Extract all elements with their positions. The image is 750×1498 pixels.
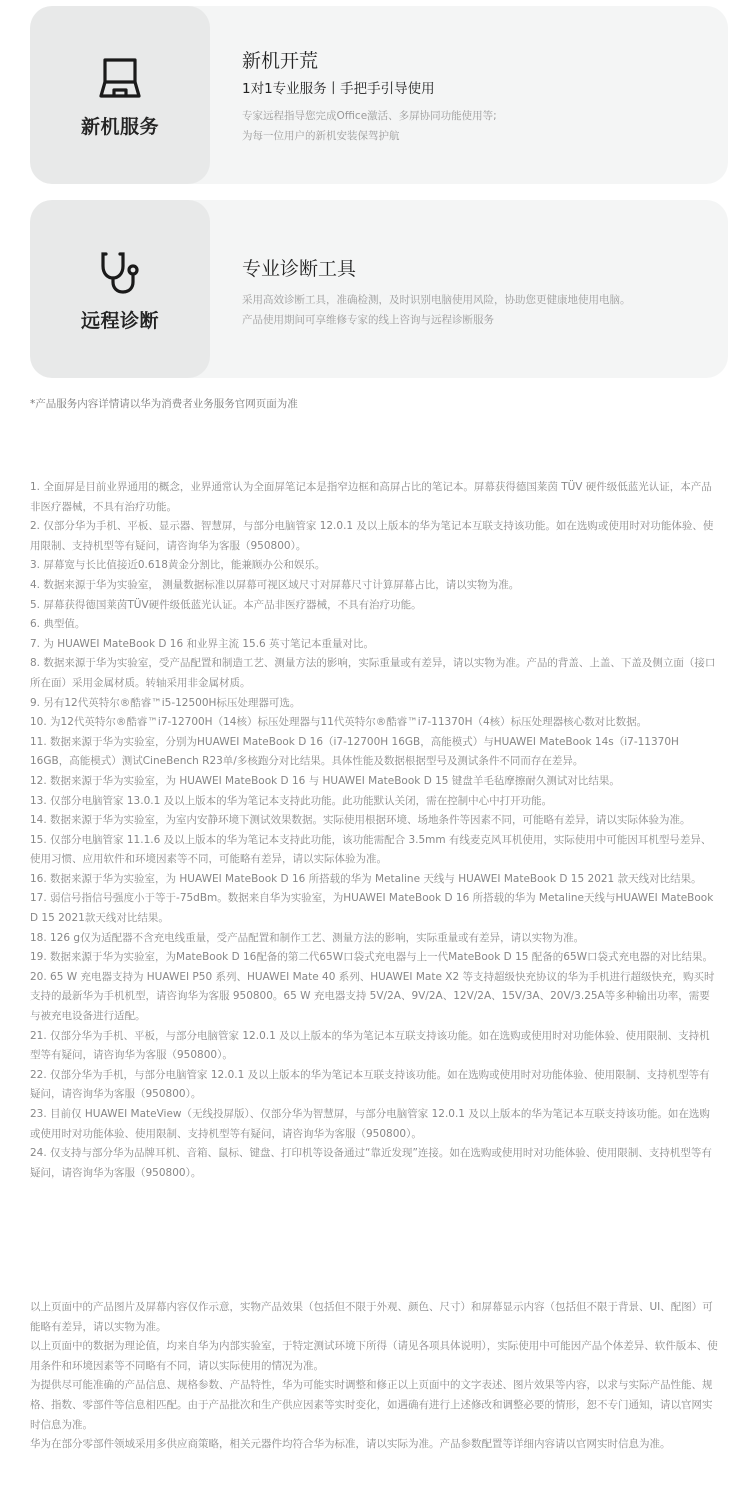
service-label: 远程诊断: [30, 306, 210, 333]
service-note: *产品服务内容详情请以华为消费者业务服务官网页面为准: [30, 396, 298, 411]
disclaimer: 华为在部分零部件领域采用多供应商策略，相关元器件均符合华为标准，请以实际为准。产…: [30, 1435, 720, 1455]
disclaimer: 为提供尽可能准确的产品信息、规格参数、产品特性，华为可能实时调整和修正以上页面中…: [30, 1376, 720, 1435]
footnote: 10. 为12代英特尔®酷睿™i7-12700H（14核）标压处理器与11代英特…: [30, 713, 720, 733]
footnote: 8. 数据来源于华为实验室，受产品配置和制造工艺、测量方法的影响，实际重量或有差…: [30, 654, 720, 693]
service-desc-line: 采用高效诊断工具，准确检测，及时识别电脑使用风险，协助您更健康地使用电脑。: [242, 290, 708, 310]
laptop-icon: [96, 54, 144, 102]
footnote: 13. 仅部分电脑管家 13.0.1 及以上版本的华为笔记本支持此功能。此功能默…: [30, 792, 720, 812]
stethoscope-icon: [96, 248, 144, 296]
footnote: 24. 仅支持与部分华为品牌耳机、音箱、鼠标、键盘、打印机等设备通过“靠近发现”…: [30, 1144, 720, 1183]
disclaimers: 以上页面中的产品图片及屏幕内容仅作示意，实物产品效果（包括但不限于外观、颜色、尺…: [30, 1298, 720, 1455]
service-title: 新机开荒: [242, 48, 708, 74]
footnote: 4. 数据来源于华为实验室， 测量数据标准以屏幕可视区域尺寸对屏幕尺寸计算屏幕占…: [30, 576, 720, 596]
footnote: 19. 数据来源于华为实验室，为MateBook D 16配备的第二代65W口袋…: [30, 948, 720, 968]
footnotes-list: 1. 全面屏是目前业界通用的概念，业界通常认为全面屏笔记本是指窄边框和高屏占比的…: [30, 478, 720, 1183]
service-desc-line: 专家远程指导您完成Office激活、多屏协同功能使用等;: [242, 106, 708, 126]
service-card-left-panel: 远程诊断: [30, 200, 210, 378]
service-content: 专业诊断工具 采用高效诊断工具，准确检测，及时识别电脑使用风险，协助您更健康地使…: [242, 256, 708, 330]
footnote: 3. 屏幕宽与长比值接近0.618黄金分割比，能兼顾办公和娱乐。: [30, 556, 720, 576]
footnote: 6. 典型值。: [30, 615, 720, 635]
service-title: 专业诊断工具: [242, 256, 708, 282]
footnote: 9. 另有12代英特尔®酷睿™i5-12500H标压处理器可选。: [30, 694, 720, 714]
footnote: 11. 数据来源于华为实验室，分别为HUAWEI MateBook D 16（i…: [30, 733, 720, 772]
footnote: 16. 数据来源于华为实验室，为 HUAWEI MateBook D 16 所搭…: [30, 870, 720, 890]
footnote: 18. 126 g仅为适配器不含充电线重量，受产品配置和制作工艺、测量方法的影响…: [30, 929, 720, 949]
footnote: 14. 数据来源于华为实验室，为室内安静环境下测试效果数据。实际使用根据环境、场…: [30, 811, 720, 831]
service-desc-line: 为每一位用户的新机安装保驾护航: [242, 126, 708, 146]
footnote: 1. 全面屏是目前业界通用的概念，业界通常认为全面屏笔记本是指窄边框和高屏占比的…: [30, 478, 720, 517]
footnote: 22. 仅部分华为手机，与部分电脑管家 12.0.1 及以上版本的华为笔记本互联…: [30, 1066, 720, 1105]
footnote: 7. 为 HUAWEI MateBook D 16 和业界主流 15.6 英寸笔…: [30, 635, 720, 655]
service-card-new-device: 新机服务 新机开荒 1对1专业服务丨手把手引导使用 专家远程指导您完成Offic…: [30, 6, 728, 184]
service-label: 新机服务: [30, 112, 210, 139]
disclaimer: 以上页面中的产品图片及屏幕内容仅作示意，实物产品效果（包括但不限于外观、颜色、尺…: [30, 1298, 720, 1337]
footnote: 5. 屏幕获得德国莱茵TÜV硬件级低蓝光认证。本产品非医疗器械，不具有治疗功能。: [30, 596, 720, 616]
footnote: 21. 仅部分华为手机、平板，与部分电脑管家 12.0.1 及以上版本的华为笔记…: [30, 1027, 720, 1066]
footnote: 17. 弱信号指信号强度小于等于-75dBm。数据来自华为实验室，为HUAWEI…: [30, 889, 720, 928]
service-card-remote-diagnosis: 远程诊断 专业诊断工具 采用高效诊断工具，准确检测，及时识别电脑使用风险，协助您…: [30, 200, 728, 378]
footnote: 20. 65 W 充电器支持为 HUAWEI P50 系列、HUAWEI Mat…: [30, 968, 720, 1027]
footnote: 15. 仅部分电脑管家 11.1.6 及以上版本的华为笔记本支持此功能，该功能需…: [30, 831, 720, 870]
service-desc-line: 产品使用期间可享维修专家的线上咨询与远程诊断服务: [242, 310, 708, 330]
footnote: 2. 仅部分华为手机、平板、显示器、智慧屏，与部分电脑管家 12.0.1 及以上…: [30, 517, 720, 556]
service-card-left-panel: 新机服务: [30, 6, 210, 184]
service-subtitle: 1对1专业服务丨手把手引导使用: [242, 78, 708, 100]
footnote: 23. 目前仅 HUAWEI MateView（无线投屏版）、仅部分华为智慧屏，…: [30, 1105, 720, 1144]
service-content: 新机开荒 1对1专业服务丨手把手引导使用 专家远程指导您完成Office激活、多…: [242, 48, 708, 146]
disclaimer: 以上页面中的数据为理论值，均来自华为内部实验室，于特定测试环境下所得（请见各项具…: [30, 1337, 720, 1376]
footnote: 12. 数据来源于华为实验室，为 HUAWEI MateBook D 16 与 …: [30, 772, 720, 792]
